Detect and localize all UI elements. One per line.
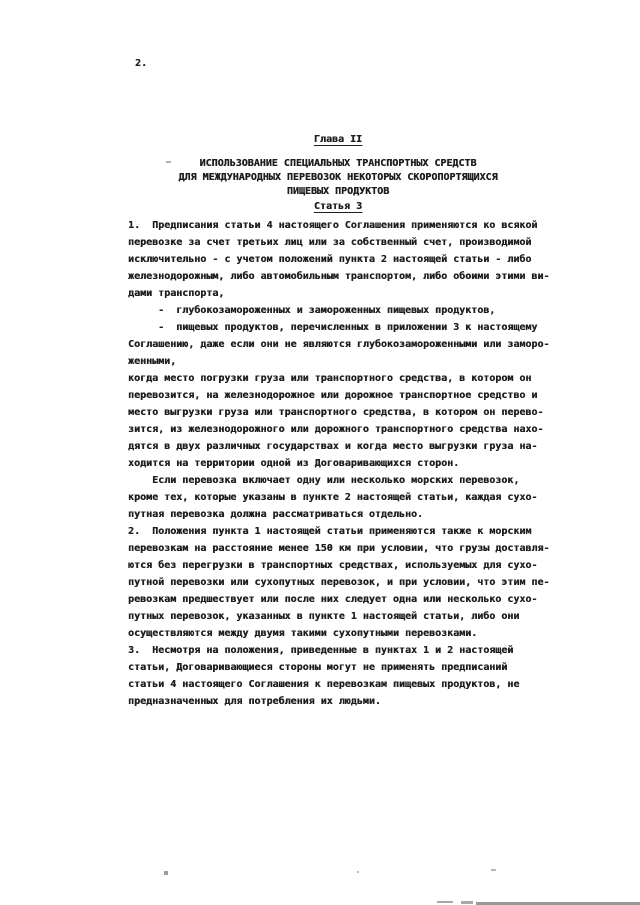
body-text-line: ходится на территории одной из Договарив… bbox=[128, 455, 548, 472]
article-heading: Статья 3 bbox=[314, 201, 362, 212]
body-text-line: статьи, Договаривающиеся стороны могут н… bbox=[128, 659, 548, 676]
title-line: ПИЩЕВЫХ ПРОДУКТОВ bbox=[128, 185, 548, 199]
scan-artifact bbox=[164, 871, 168, 875]
body-text-line: - пищевых продуктов, перечисленных в при… bbox=[128, 319, 548, 336]
body-text-line: дами транспорта, bbox=[128, 285, 548, 302]
page-number: 2. bbox=[135, 58, 147, 69]
scan-artifact bbox=[437, 901, 453, 903]
title-line: ИСПОЛЬЗОВАНИЕ СПЕЦИАЛЬНЫХ ТРАНСПОРТНЫХ С… bbox=[128, 157, 548, 171]
body-text-line: предназначенных для потребления их людьм… bbox=[128, 693, 548, 710]
body-text-line: ревозкам предшествует или после них след… bbox=[128, 591, 548, 608]
body-text-line: кроме тех, которые указаны в пункте 2 на… bbox=[128, 489, 548, 506]
document-body: 1. Предписания статьи 4 настоящего Согла… bbox=[128, 217, 548, 710]
body-text-line: путная перевозка должна рассматриваться … bbox=[128, 506, 548, 523]
scan-artifact bbox=[166, 161, 171, 163]
body-text-line: 3. Несмотря на положения, приведенные в … bbox=[128, 642, 548, 659]
body-text-line: перевозится, на железнодорожное или доро… bbox=[128, 387, 548, 404]
chapter-heading: Глава II bbox=[314, 134, 362, 145]
body-text-line: 2. Положения пункта 1 настоящей статьи п… bbox=[128, 523, 548, 540]
document-title: ИСПОЛЬЗОВАНИЕ СПЕЦИАЛЬНЫХ ТРАНСПОРТНЫХ С… bbox=[128, 157, 548, 199]
body-text-line: железнодорожным, либо автомобильным тран… bbox=[128, 268, 548, 285]
body-text-line: путной перевозки или сухопутных перевозо… bbox=[128, 574, 548, 591]
body-text-line: перевозкам на расстояние менее 150 км пр… bbox=[128, 540, 548, 557]
document-page: 2. Глава II ИСПОЛЬЗОВАНИЕ СПЕЦИАЛЬНЫХ ТР… bbox=[0, 0, 640, 905]
body-text-line: - глубокозамороженных и замороженных пищ… bbox=[128, 302, 548, 319]
body-text-line: дятся в двух различных государствах и ко… bbox=[128, 438, 548, 455]
body-text-line: Если перевозка включает одну или несколь… bbox=[128, 472, 548, 489]
body-text-line: ются без перегрузки в транспортных средс… bbox=[128, 557, 548, 574]
body-text-line: зится, из железнодорожного или дорожного… bbox=[128, 421, 548, 438]
body-text-line: исключительно - с учетом положений пункт… bbox=[128, 251, 548, 268]
body-text-line: женными, bbox=[128, 353, 548, 370]
body-text-line: место выгрузки груза или транспортного с… bbox=[128, 404, 548, 421]
scan-artifact bbox=[491, 869, 496, 871]
chapter-heading-row: Глава II bbox=[128, 134, 548, 145]
scan-artifact bbox=[357, 871, 359, 873]
article-heading-row: Статья 3 bbox=[128, 201, 548, 212]
body-text-line: Соглашению, даже если они не являются гл… bbox=[128, 336, 548, 353]
body-text-line: когда место погрузки груза или транспорт… bbox=[128, 370, 548, 387]
body-text-line: осуществляются между двумя такими сухопу… bbox=[128, 625, 548, 642]
body-text-line: 1. Предписания статьи 4 настоящего Согла… bbox=[128, 217, 548, 234]
scan-artifact bbox=[461, 901, 473, 904]
body-text-line: путных перевозок, указанных в пункте 1 н… bbox=[128, 608, 548, 625]
title-line: ДЛЯ МЕЖДУНАРОДНЫХ ПЕРЕВОЗОК НЕКОТОРЫХ СК… bbox=[128, 171, 548, 185]
body-text-line: статьи 4 настоящего Соглашения к перевоз… bbox=[128, 676, 548, 693]
body-text-line: перевозке за счет третьих лиц или за соб… bbox=[128, 234, 548, 251]
